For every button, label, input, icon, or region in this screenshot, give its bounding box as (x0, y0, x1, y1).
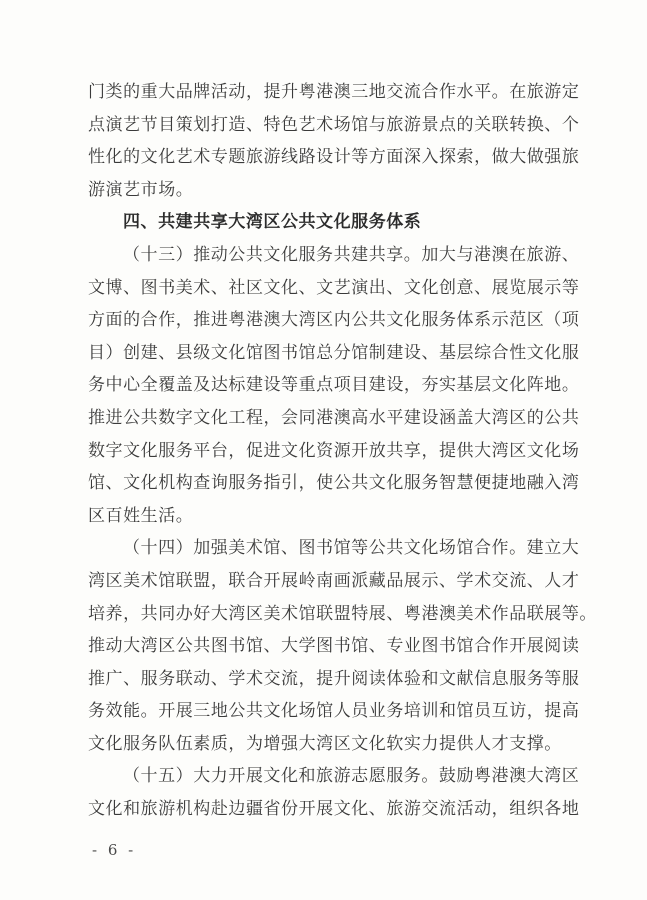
document-body: 门类的重大品牌活动，提升粤港澳三地交流合作水平。在旅游定 点演艺节目策划打造、特… (88, 76, 588, 826)
text-line: 推进公共数字文化工程，会同港澳高水平建设涵盖大湾区的公共 (88, 402, 588, 435)
section-heading: 四、共建共享大湾区公共文化服务体系 (88, 206, 588, 239)
text-line: 馆、文化机构查询服务指引，使公共文化服务智慧便捷地融入湾 (88, 467, 588, 500)
text-line: 务效能。开展三地公共文化场馆人员业务培训和馆员互访，提高 (88, 695, 588, 728)
text-line: （十五）大力开展文化和旅游志愿服务。鼓励粤港澳大湾区 (88, 760, 588, 793)
document-page: 门类的重大品牌活动，提升粤港澳三地交流合作水平。在旅游定 点演艺节目策划打造、特… (0, 0, 647, 900)
text-line: 推动大湾区公共图书馆、大学图书馆、专业图书馆合作开展阅读 (88, 630, 588, 663)
text-line: （十四）加强美术馆、图书馆等公共文化场馆合作。建立大 (88, 532, 588, 565)
text-line: 游演艺市场。 (88, 174, 588, 207)
text-line: 数字文化服务平台，促进文化资源开放共享，提供大湾区文化场 (88, 435, 588, 468)
text-line: 文化服务队伍素质，为增强大湾区文化软实力提供人才支撑。 (88, 728, 588, 761)
text-line: 务中心全覆盖及达标建设等重点项目建设，夯实基层文化阵地。 (88, 369, 588, 402)
text-line: 点演艺节目策划打造、特色艺术场馆与旅游景点的关联转换、个 (88, 109, 588, 142)
text-line: 推广、服务联动、学术交流，提升阅读体验和文献信息服务等服 (88, 663, 588, 696)
text-line: 培养，共同办好大湾区美术馆联盟特展、粤港澳美术作品联展等。 (88, 598, 588, 631)
text-line: 方面的合作，推进粤港澳大湾区内公共文化服务体系示范区（项 (88, 304, 588, 337)
page-number: - 6 - (92, 840, 136, 860)
text-line: 文博、图书美术、社区文化、文艺演出、文化创意、展览展示等 (88, 272, 588, 305)
text-line: 门类的重大品牌活动，提升粤港澳三地交流合作水平。在旅游定 (88, 76, 588, 109)
text-line: （十三）推动公共文化服务共建共享。加大与港澳在旅游、 (88, 239, 588, 272)
text-line: 湾区美术馆联盟，联合开展岭南画派藏品展示、学术交流、人才 (88, 565, 588, 598)
text-line: 目）创建、县级文化馆图书馆总分馆制建设、基层综合性文化服 (88, 337, 588, 370)
text-line: 性化的文化艺术专题旅游线路设计等方面深入探索，做大做强旅 (88, 141, 588, 174)
text-line: 区百姓生活。 (88, 500, 588, 533)
text-line: 文化和旅游机构赴边疆省份开展文化、旅游交流活动，组织各地 (88, 793, 588, 826)
